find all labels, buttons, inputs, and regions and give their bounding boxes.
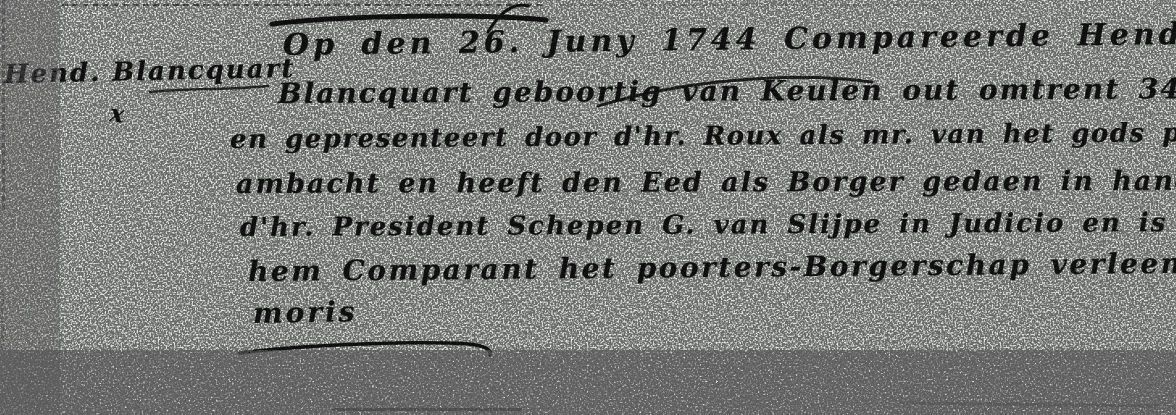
handwriting-line-2: Blancquart geboortig van Keulen out omtr… xyxy=(278,72,1176,110)
witness-mark-x: x xyxy=(108,98,126,129)
left-dashed-rule-lower xyxy=(1,290,4,350)
scanned-document-page: Hend. Blancquart x Op den 26. Juny 1744 … xyxy=(0,0,1176,415)
top-dashed-rule-faint xyxy=(560,4,990,6)
bottom-edge-mark-right xyxy=(900,402,1160,408)
top-dashed-rule xyxy=(62,4,542,6)
ink-flourish-margin-link xyxy=(150,86,268,92)
handwriting-line-3: en gepresenteert door d'hr. Roux als mr.… xyxy=(230,118,1176,155)
handwriting-line-5: d'hr. President Schepen G. van Slijpe in… xyxy=(240,208,1176,243)
handwriting-line-4: ambacht en heeft den Eed als Borger geda… xyxy=(236,165,1176,200)
handwriting-line-6: hem Comparant het poorters-Borgerschap v… xyxy=(248,246,1176,288)
handwriting-line-1: Op den 26. Juny 1744 Compareerde Hendric… xyxy=(283,16,1176,63)
bottom-edge-mark xyxy=(332,408,522,411)
handwriting-line-7: moris xyxy=(253,295,358,330)
left-dashed-rule xyxy=(2,0,5,210)
ink-flourish-top-bar xyxy=(272,16,546,24)
margin-note-name: Hend. Blancquart xyxy=(4,54,296,90)
ink-flourish-underline xyxy=(240,343,490,355)
